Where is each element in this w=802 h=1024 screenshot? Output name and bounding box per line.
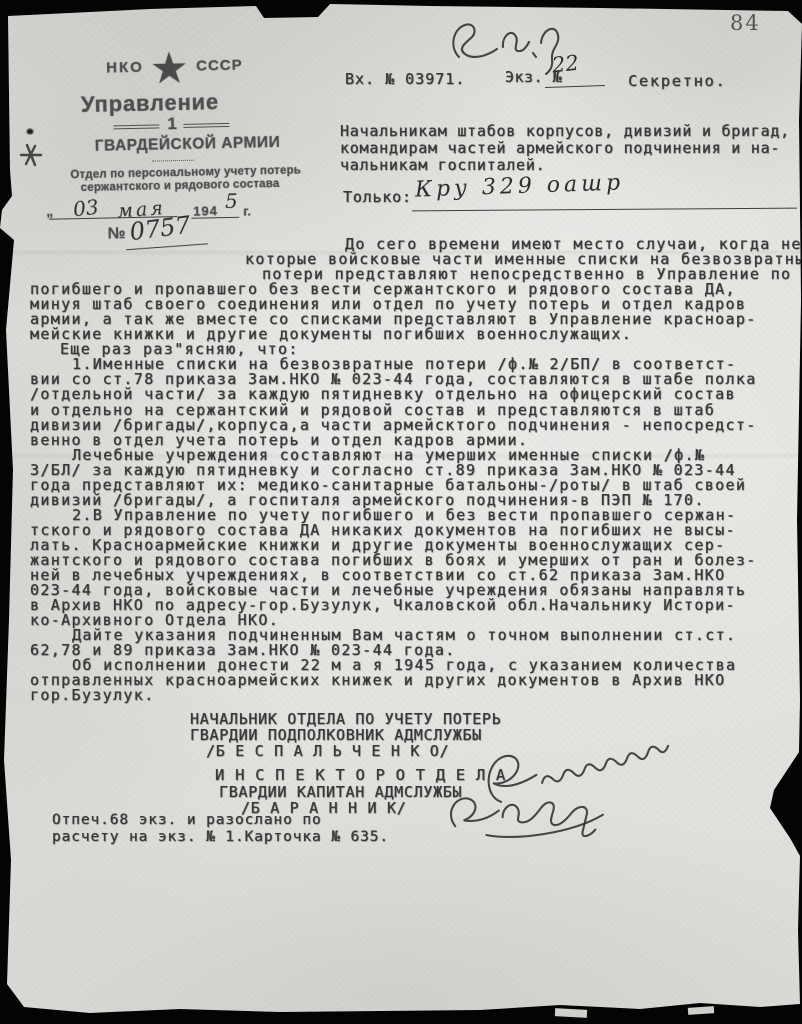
- paper-sheet: 84 Вх. № 03971. Экз. № 22 Секретно. НКО …: [0, 0, 802, 1024]
- footer-line: расчету на экз. № 1.Карточка № 635.: [52, 829, 389, 846]
- date-quote: „: [46, 203, 53, 219]
- footer-note: Отпеч.68 экз. и разослано порасчету на э…: [52, 812, 389, 845]
- address-line: Начальникам штабов корпусов, дивизий и б…: [340, 123, 790, 140]
- letterhead-rule-right: [183, 123, 229, 125]
- paper-hole: [18, 142, 44, 168]
- scanned-document: 84 Вх. № 03971. Экз. № 22 Секретно. НКО …: [0, 0, 802, 1024]
- signer-title: НАЧАЛЬНИК ОТДЕЛА ПО УЧЕТУ ПОТЕРЬ: [190, 711, 501, 727]
- org-abbr-cccp: СССР: [196, 57, 243, 75]
- letterhead-rule-left: [113, 124, 159, 126]
- letterhead-number: 1: [167, 114, 177, 134]
- signature-block-1: НАЧАЛЬНИК ОТДЕЛА ПО УЧЕТУ ПОТЕРЬ ГВАРДИИ…: [190, 711, 501, 759]
- letterhead-stamp: НКО ★ СССР Управление 1 ГВАРДЕЙСКОЙ АРМИ…: [38, 45, 322, 263]
- copy-number-value: 22: [551, 51, 580, 78]
- address-block: Начальникам штабов корпусов, дивизий и б…: [340, 123, 790, 175]
- footer-line: Отпеч.68 экз. и разослано по: [52, 812, 389, 829]
- letterhead-army: ГВАРДЕЙСКОЙ АРМИИ: [95, 134, 281, 156]
- letterhead-title: Управление: [81, 89, 220, 118]
- only-underline: [412, 208, 797, 212]
- date-year-written: 5: [225, 189, 238, 213]
- star-icon: ★: [152, 46, 187, 92]
- signer-rank: ГВАРДИИ ПОДПОЛКОВНИК АДМСЛУЖБЫ: [190, 727, 501, 743]
- date-suffix: г.: [243, 204, 251, 219]
- incoming-number-stamp: Вх. № 03971.: [345, 70, 465, 88]
- secrecy-stamp: Секретно.: [628, 72, 726, 90]
- paper-speck: [555, 1008, 587, 1018]
- paper-hole: [26, 128, 34, 135]
- paper-speck: [688, 1006, 714, 1015]
- letterhead-divider: [152, 160, 194, 162]
- page-number: 84: [730, 11, 761, 35]
- only-label: Только:: [343, 188, 412, 206]
- address-line: командирам частей армейского подчинения …: [340, 140, 790, 157]
- org-abbr-nko: НКО: [106, 59, 144, 77]
- signer-name: /Б Е С П А Л Ь Ч Е Н К О/: [206, 743, 501, 759]
- only-value: Кру 329 оашр: [415, 170, 625, 202]
- body-text: До сего времени имеют место случаи, когд…: [30, 237, 800, 703]
- date-underline-2: [191, 217, 239, 219]
